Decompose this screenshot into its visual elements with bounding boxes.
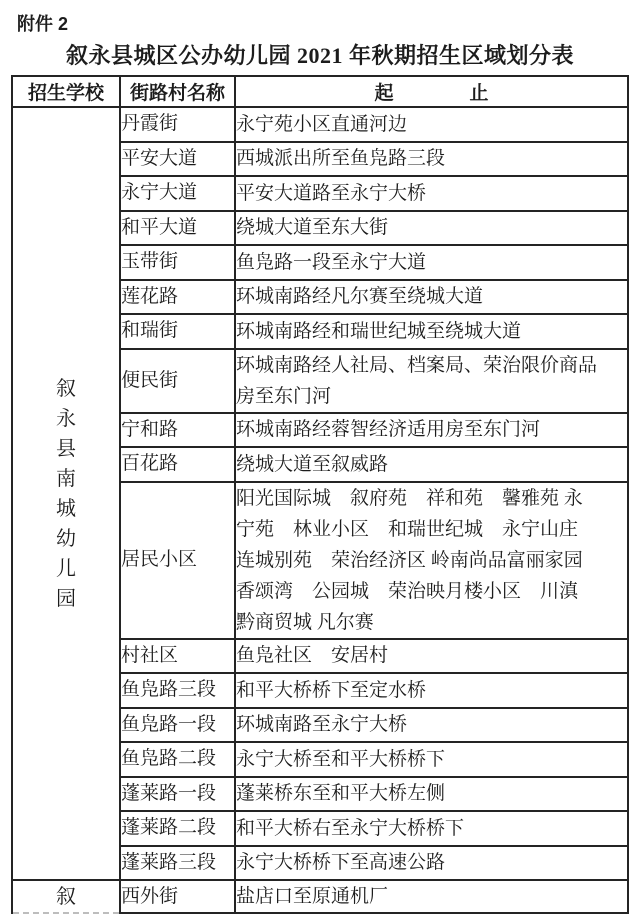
- range-cell: 永宁苑小区直通河边: [235, 107, 628, 142]
- street-cell: 蓬莱路三段: [120, 846, 235, 881]
- page-title: 叙永县城区公办幼儿园 2021 年秋期招生区域划分表: [0, 43, 640, 69]
- street-cell: 村社区: [120, 639, 235, 674]
- range-cell: 绕城大道至叙威路: [235, 447, 628, 482]
- street-cell: 莲花路: [120, 280, 235, 315]
- street-cell: 鱼凫路二段: [120, 742, 235, 777]
- street-cell: 鱼凫路一段: [120, 708, 235, 743]
- street-cell: 玉带街: [120, 245, 235, 280]
- range-cell: 鱼凫路一段至永宁大道: [235, 245, 628, 280]
- table-body: 叙永县南城幼儿园丹霞街永宁苑小区直通河边平安大道西城派出所至鱼凫路三段永宁大道平…: [12, 107, 628, 913]
- attachment-label: 附件 2: [17, 13, 640, 35]
- street-cell: 永宁大道: [120, 176, 235, 211]
- table-row: 叙永县南城幼儿园丹霞街永宁苑小区直通河边: [12, 107, 628, 142]
- range-cell: 鱼凫社区 安居村: [235, 639, 628, 674]
- school-name: 叙永县南城幼儿园: [56, 374, 77, 614]
- street-cell: 鱼凫路三段: [120, 673, 235, 708]
- range-cell: 盐店口至原通机厂: [235, 880, 628, 913]
- table-row: 叙西外街盐店口至原通机厂: [12, 880, 628, 913]
- range-cell: 和平大桥桥下至定水桥: [235, 673, 628, 708]
- range-cell: 环城南路经和瑞世纪城至绕城大道: [235, 314, 628, 349]
- street-cell: 蓬莱路一段: [120, 777, 235, 812]
- header-street: 街路村名称: [120, 76, 235, 107]
- range-cell: 环城南路经人社局、档案局、荣治限价商品 房至东门河: [235, 349, 628, 413]
- range-cell: 永宁大桥桥下至高速公路: [235, 846, 628, 881]
- street-cell: 便民街: [120, 349, 235, 413]
- street-cell: 宁和路: [120, 413, 235, 448]
- school-cell: 叙永县南城幼儿园: [12, 107, 120, 880]
- range-cell: 阳光国际城 叙府苑 祥和苑 馨雅苑 永 宁苑 林业小区 和瑞世纪城 永宁山庄 连…: [235, 482, 628, 639]
- range-cell: 绕城大道至东大街: [235, 211, 628, 246]
- street-cell: 平安大道: [120, 142, 235, 177]
- header-row: 招生学校 街路村名称 起 止: [12, 76, 628, 107]
- range-cell: 环城南路经蓉智经济适用房至东门河: [235, 413, 628, 448]
- range-cell: 环城南路至永宁大桥: [235, 708, 628, 743]
- enrollment-table: 招生学校 街路村名称 起 止 叙永县南城幼儿园丹霞街永宁苑小区直通河边平安大道西…: [11, 75, 629, 914]
- range-cell: 环城南路经凡尔赛至绕城大道: [235, 280, 628, 315]
- street-cell: 和平大道: [120, 211, 235, 246]
- school-cell: 叙: [12, 880, 120, 913]
- document-page: 附件 2 叙永县城区公办幼儿园 2021 年秋期招生区域划分表 招生学校 街路村…: [0, 13, 640, 914]
- street-cell: 居民小区: [120, 482, 235, 639]
- range-cell: 西城派出所至鱼凫路三段: [235, 142, 628, 177]
- street-cell: 和瑞街: [120, 314, 235, 349]
- range-cell: 和平大桥右至永宁大桥桥下: [235, 811, 628, 846]
- school-name: 叙: [56, 882, 77, 912]
- header-range: 起 止: [235, 76, 628, 107]
- street-cell: 丹霞街: [120, 107, 235, 142]
- street-cell: 西外街: [120, 880, 235, 913]
- range-cell: 永宁大桥至和平大桥桥下: [235, 742, 628, 777]
- range-cell: 蓬莱桥东至和平大桥左侧: [235, 777, 628, 812]
- range-cell: 平安大道路至永宁大桥: [235, 176, 628, 211]
- header-school: 招生学校: [12, 76, 120, 107]
- street-cell: 蓬莱路二段: [120, 811, 235, 846]
- street-cell: 百花路: [120, 447, 235, 482]
